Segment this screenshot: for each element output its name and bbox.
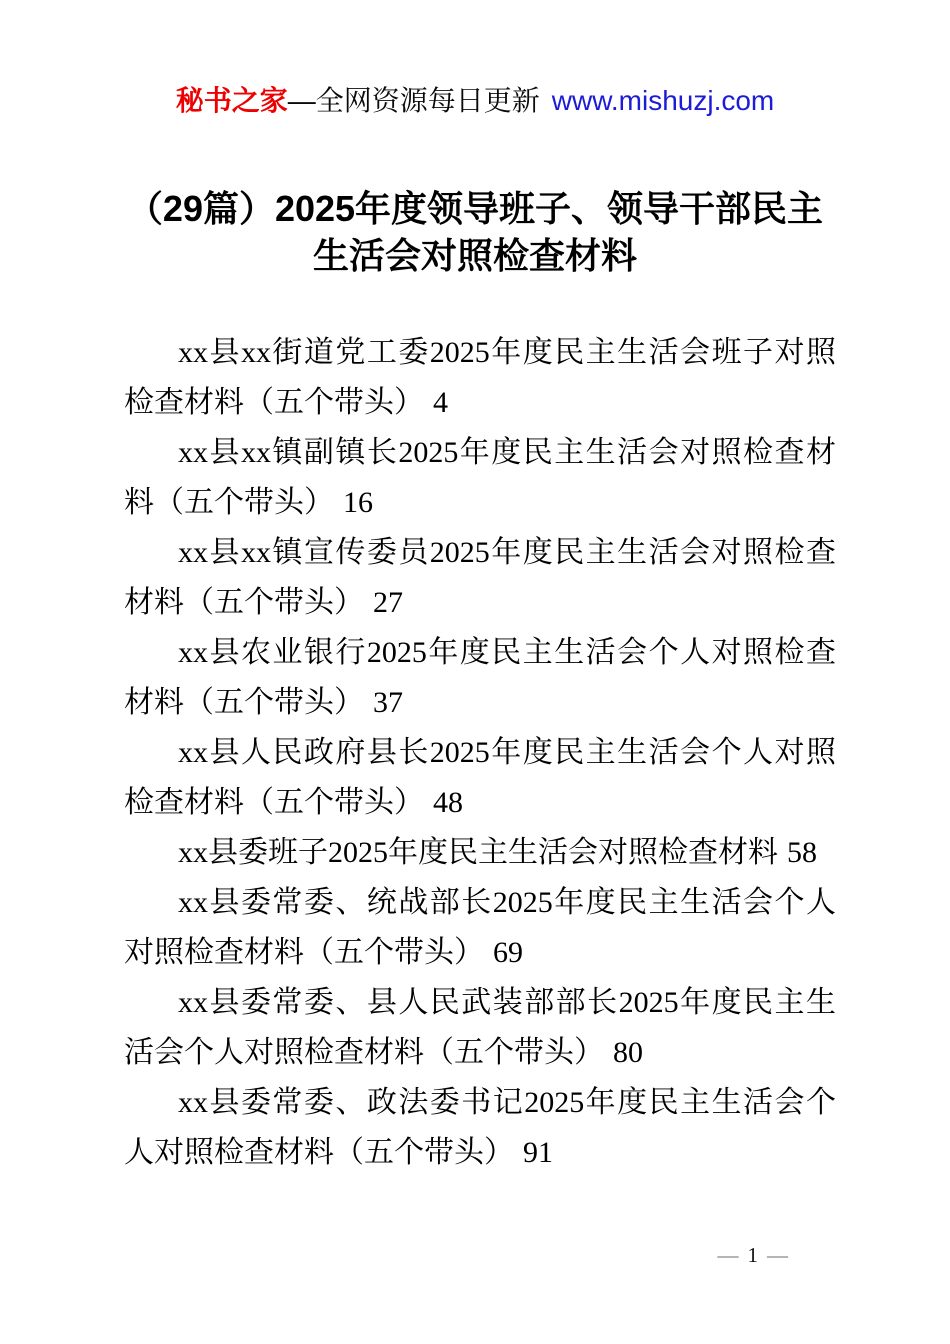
- toc-entry: xx县xx街道党工委2025年度民主生活会班子对照检查材料（五个带头）4: [124, 328, 836, 428]
- toc-entry-page: 16: [343, 486, 373, 519]
- toc-entry-title: xx县xx镇宣传委员2025年度民主生活会对照检查材料（五个带头）: [124, 536, 836, 619]
- toc-entry-page: 27: [373, 586, 403, 619]
- page-footer: —1—: [0, 1242, 950, 1268]
- toc-entry-page: 4: [433, 386, 448, 419]
- site-banner: 秘书之家—全网资源每日更新www.mishuzj.com: [0, 84, 950, 118]
- table-of-contents: xx县xx街道党工委2025年度民主生活会班子对照检查材料（五个带头）4 xx县…: [124, 328, 836, 1178]
- site-url-link[interactable]: www.mishuzj.com: [552, 85, 774, 116]
- toc-entry: xx县人民政府县长2025年度民主生活会个人对照检查材料（五个带头）48: [124, 728, 836, 828]
- toc-entry: xx县委常委、统战部长2025年度民主生活会个人对照检查材料（五个带头）69: [124, 878, 836, 978]
- toc-entry-page: 37: [373, 686, 403, 719]
- toc-entry-title: xx县xx街道党工委2025年度民主生活会班子对照检查材料（五个带头）: [124, 336, 836, 419]
- toc-entry-page: 91: [523, 1136, 553, 1169]
- page-number: 1: [748, 1243, 759, 1267]
- toc-entry-page: 48: [433, 786, 463, 819]
- toc-entry-title: xx县农业银行2025年度民主生活会个人对照检查材料（五个带头）: [124, 636, 836, 719]
- toc-entry-title: xx县人民政府县长2025年度民主生活会个人对照检查材料（五个带头）: [124, 736, 836, 819]
- toc-entry: xx县xx镇副镇长2025年度民主生活会对照检查材料（五个带头）16: [124, 428, 836, 528]
- toc-entry-title: xx县委班子2025年度民主生活会对照检查材料: [178, 836, 778, 869]
- site-brand: 秘书之家: [176, 85, 288, 116]
- document-title: （29篇）2025年度领导班子、领导干部民主 生活会对照检查材料: [0, 185, 950, 279]
- toc-entry-title: xx县xx镇副镇长2025年度民主生活会对照检查材料（五个带头）: [124, 436, 836, 519]
- toc-entry: xx县委班子2025年度民主生活会对照检查材料58: [124, 828, 836, 878]
- toc-entry: xx县xx镇宣传委员2025年度民主生活会对照检查材料（五个带头）27: [124, 528, 836, 628]
- site-tagline: —全网资源每日更新: [288, 85, 540, 116]
- document-title-line1: （29篇）2025年度领导班子、领导干部民主: [0, 185, 950, 232]
- toc-entry-page: 69: [493, 936, 523, 969]
- toc-entry-title: xx县委常委、统战部长2025年度民主生活会个人对照检查材料（五个带头）: [124, 886, 836, 969]
- toc-entry: xx县委常委、政法委书记2025年度民主生活会个人对照检查材料（五个带头）91: [124, 1078, 836, 1178]
- footer-dash-left: —: [718, 1243, 739, 1267]
- footer-dash-right: —: [767, 1243, 788, 1267]
- toc-entry-page: 80: [613, 1036, 643, 1069]
- toc-entry-title: xx县委常委、政法委书记2025年度民主生活会个人对照检查材料（五个带头）: [124, 1086, 836, 1169]
- toc-entry-page: 58: [787, 836, 817, 869]
- toc-entry: xx县委常委、县人民武装部部长2025年度民主生活会个人对照检查材料（五个带头）…: [124, 978, 836, 1078]
- toc-entry: xx县农业银行2025年度民主生活会个人对照检查材料（五个带头）37: [124, 628, 836, 728]
- toc-entry-title: xx县委常委、县人民武装部部长2025年度民主生活会个人对照检查材料（五个带头）: [124, 986, 836, 1069]
- document-title-line2: 生活会对照检查材料: [0, 232, 950, 279]
